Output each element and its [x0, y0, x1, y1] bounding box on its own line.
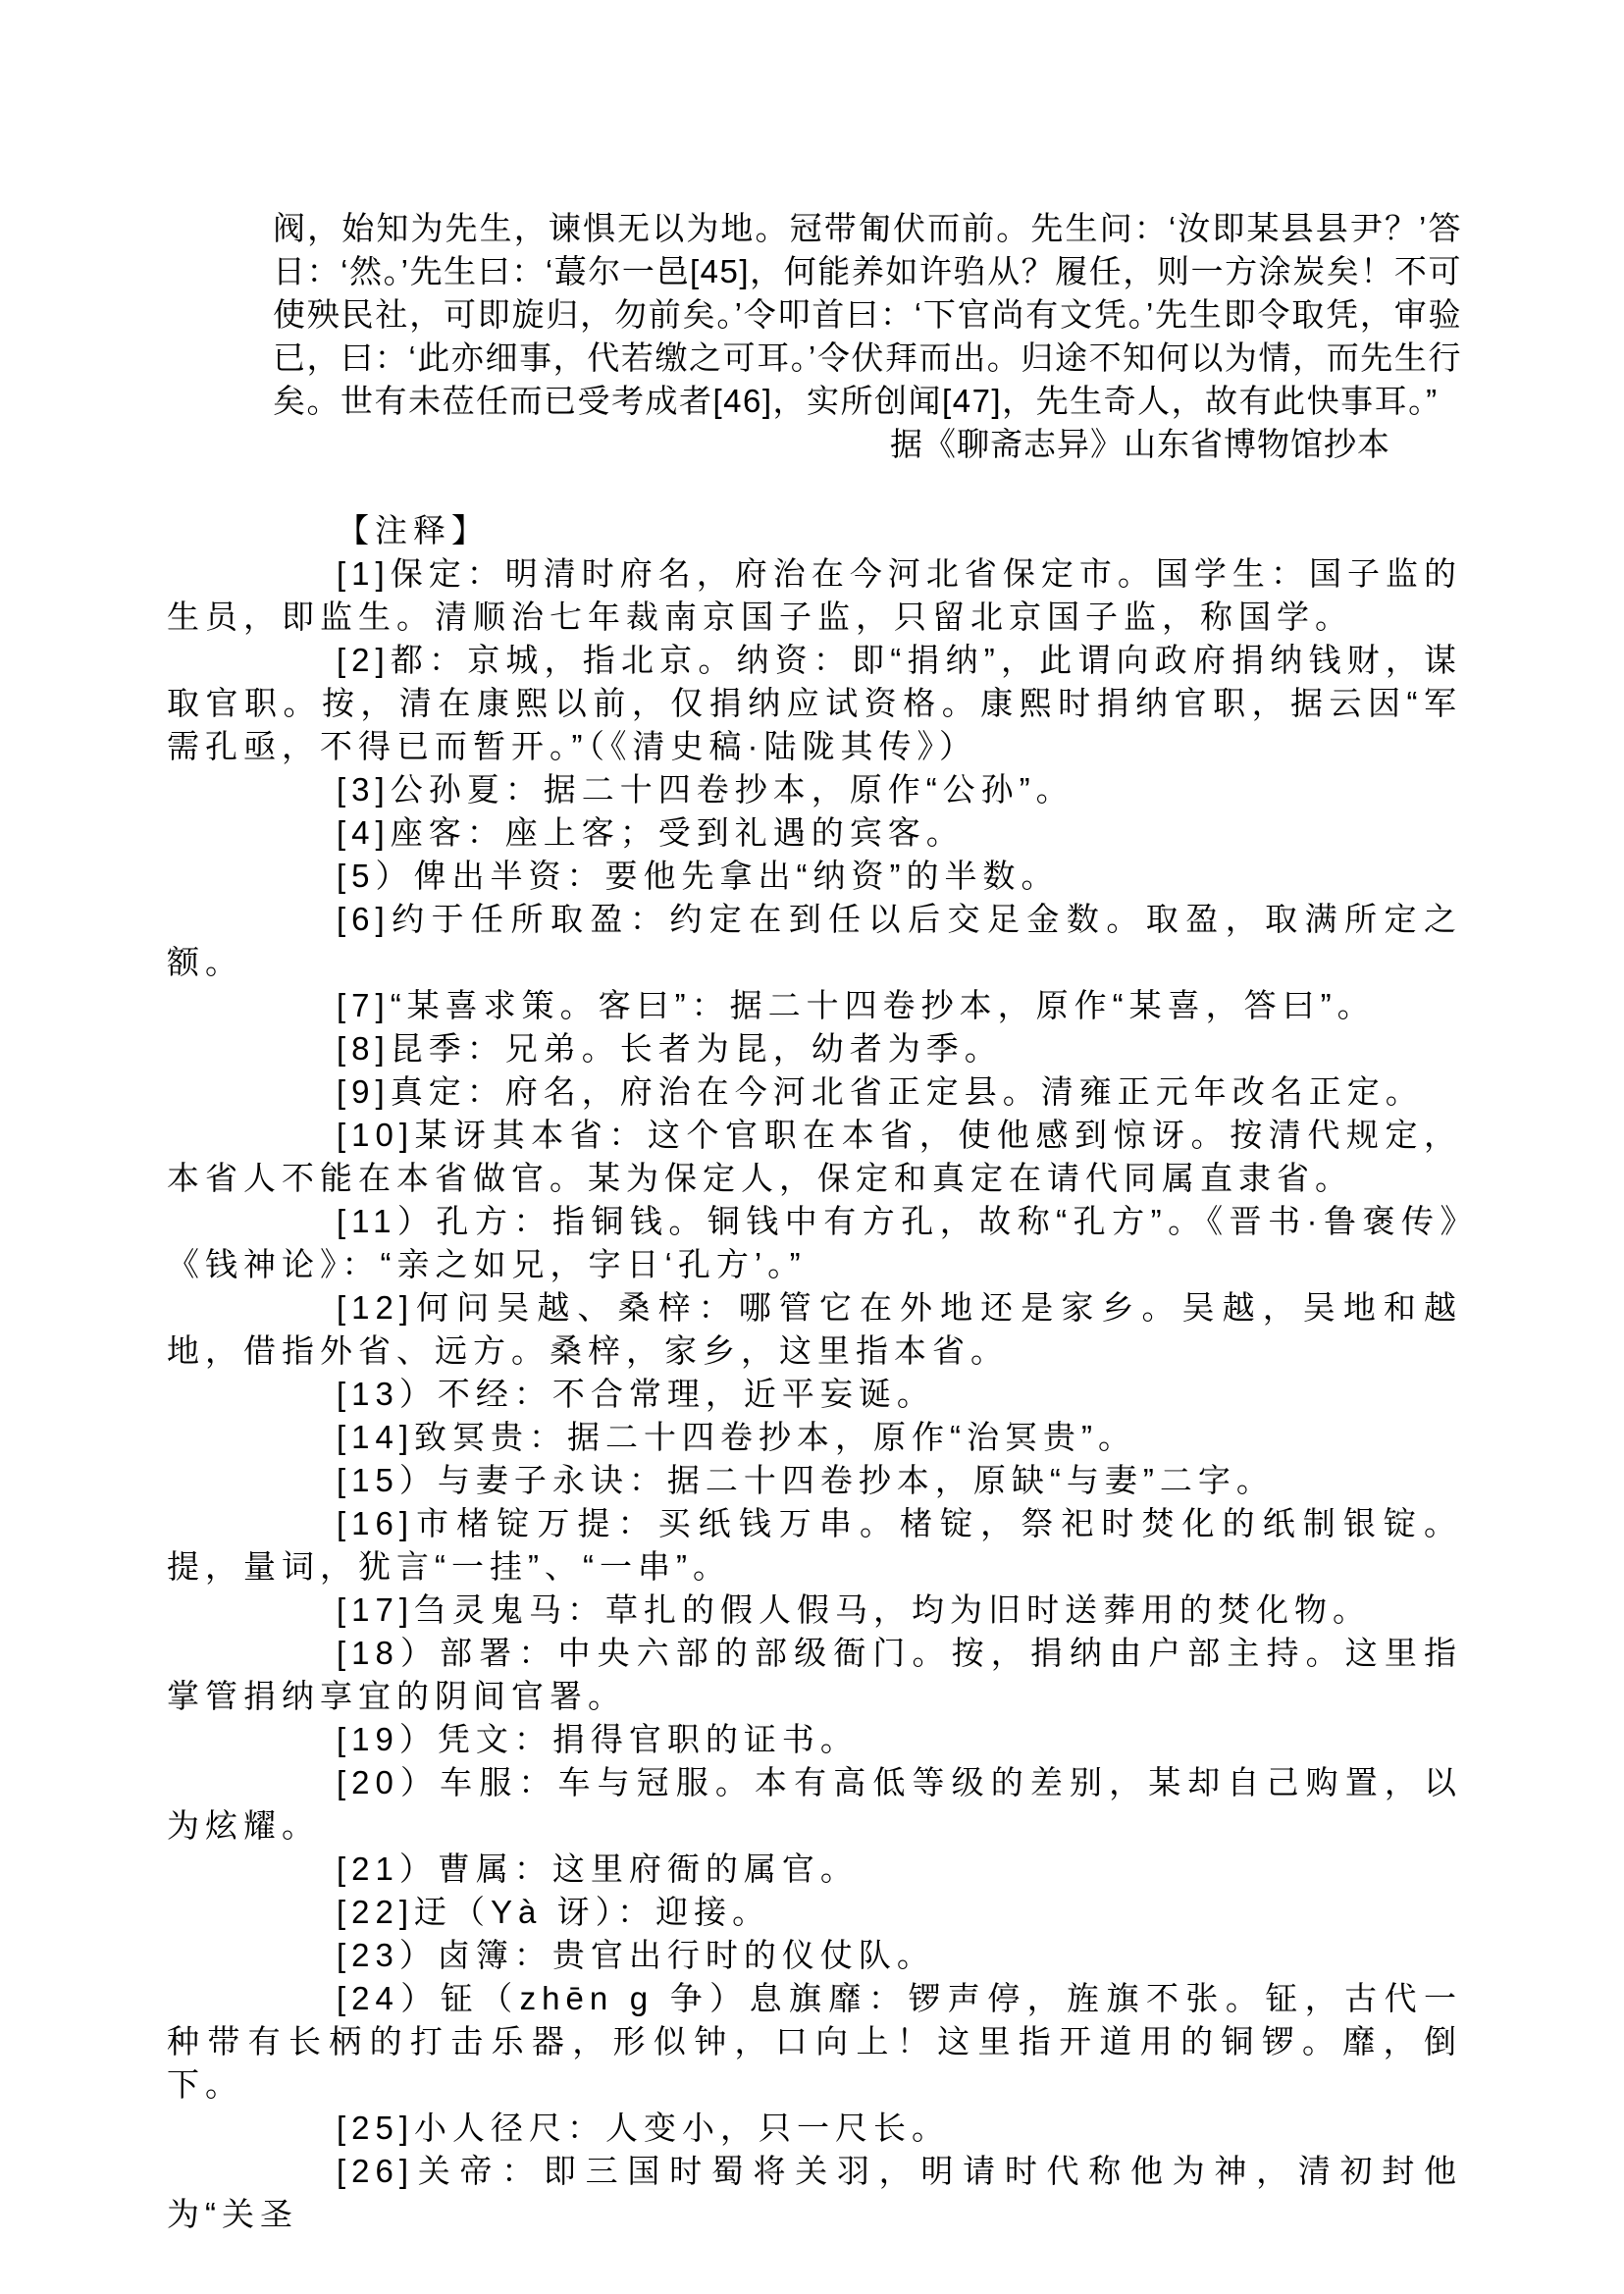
- attribution-line: 据《聊斋志异》山东省博物馆抄本: [167, 423, 1390, 466]
- note-paragraph: [6]约于任所取盈：约定在到任以后交足金数。取盈，取满所定之额。: [167, 898, 1462, 984]
- document-page: 阀，始知为先生，谏惧无以为地。冠带匍伏而前。先生问：‘汝即某县县尹？’答日：‘然…: [0, 0, 1624, 2294]
- note-paragraph: [16]市楮锭万提：买纸钱万串。楮锭，祭祀时焚化的纸制银锭。提，量词，犹言“一挂…: [167, 1502, 1462, 1589]
- note-paragraph: [17]刍灵鬼马：草扎的假人假马，均为旧时送葬用的焚化物。: [167, 1589, 1462, 1632]
- note-paragraph: [9]真定：府名，府治在今河北省正定县。清雍正元年改名正定。: [167, 1070, 1462, 1114]
- notes-list: [1]保定：明清时府名，府治在今河北省保定市。国学生：国子监的生员，即监生。清顺…: [167, 552, 1462, 2236]
- note-paragraph: [23）卤簿：贵官出行时的仪仗队。: [167, 1934, 1462, 1977]
- note-paragraph: [13）不经：不合常理，近平妄诞。: [167, 1373, 1462, 1416]
- note-paragraph: [10]某讶其本省：这个官职在本省，使他感到惊讶。按清代规定，本省人不能在本省做…: [167, 1114, 1462, 1200]
- note-paragraph: [25]小人径尺：人变小，只一尺长。: [167, 2107, 1462, 2150]
- note-paragraph: [2]都：京城，指北京。纳资：即“捐纳”，此谓向政府捐纳钱财，谋取官职。按，清在…: [167, 639, 1462, 768]
- notes-section-heading: 【注释】: [167, 509, 1462, 552]
- note-paragraph: [26]关帝：即三国时蜀将关羽，明请时代称他为神，清初封他为“关圣: [167, 2150, 1462, 2236]
- note-paragraph: [8]昆季：兄弟。长者为昆，幼者为季。: [167, 1027, 1462, 1070]
- note-paragraph: [18）部署：中央六部的部级衙门。按，捐纳由户部主持。这里指掌管捐纳享宜的阴间官…: [167, 1632, 1462, 1718]
- story-paragraph: 阀，始知为先生，谏惧无以为地。冠带匍伏而前。先生问：‘汝即某县县尹？’答日：‘然…: [273, 207, 1462, 423]
- note-paragraph: [12]何问吴越、桑梓：哪管它在外地还是家乡。吴越，吴地和越地，借指外省、远方。…: [167, 1286, 1462, 1373]
- note-paragraph: [11）孔方：指铜钱。铜钱中有方孔，故称“孔方”。《晋书·鲁褒传》《钱神论》：“…: [167, 1200, 1462, 1286]
- note-paragraph: [20）车服：车与冠服。本有高低等级的差别，某却自己购置，以为炫耀。: [167, 1761, 1462, 1848]
- note-paragraph: [19）凭文：捐得官职的证书。: [167, 1718, 1462, 1761]
- note-paragraph: [14]致冥贵：据二十四卷抄本，原作“治冥贵”。: [167, 1416, 1462, 1459]
- note-paragraph: [15）与妻子永诀：据二十四卷抄本，原缺“与妻”二字。: [167, 1459, 1462, 1502]
- note-paragraph: [22]迂（Yà 讶）：迎接。: [167, 1891, 1462, 1934]
- note-paragraph: [4]座客：座上客；受到礼遇的宾客。: [167, 811, 1462, 855]
- note-paragraph: [1]保定：明清时府名，府治在今河北省保定市。国学生：国子监的生员，即监生。清顺…: [167, 552, 1462, 639]
- note-paragraph: [5）俾出半资：要他先拿出“纳资”的半数。: [167, 855, 1462, 898]
- note-paragraph: [3]公孙夏：据二十四卷抄本，原作“公孙”。: [167, 768, 1462, 811]
- note-paragraph: [24）钲（zhēn g 争）息旗靡：锣声停，旌旗不张。钲，古代一种带有长柄的打…: [167, 1977, 1462, 2107]
- note-paragraph: [21）曹属：这里府衙的属官。: [167, 1848, 1462, 1891]
- note-paragraph: [7]“某喜求策。客曰”：据二十四卷抄本，原作“某喜，答曰”。: [167, 984, 1462, 1027]
